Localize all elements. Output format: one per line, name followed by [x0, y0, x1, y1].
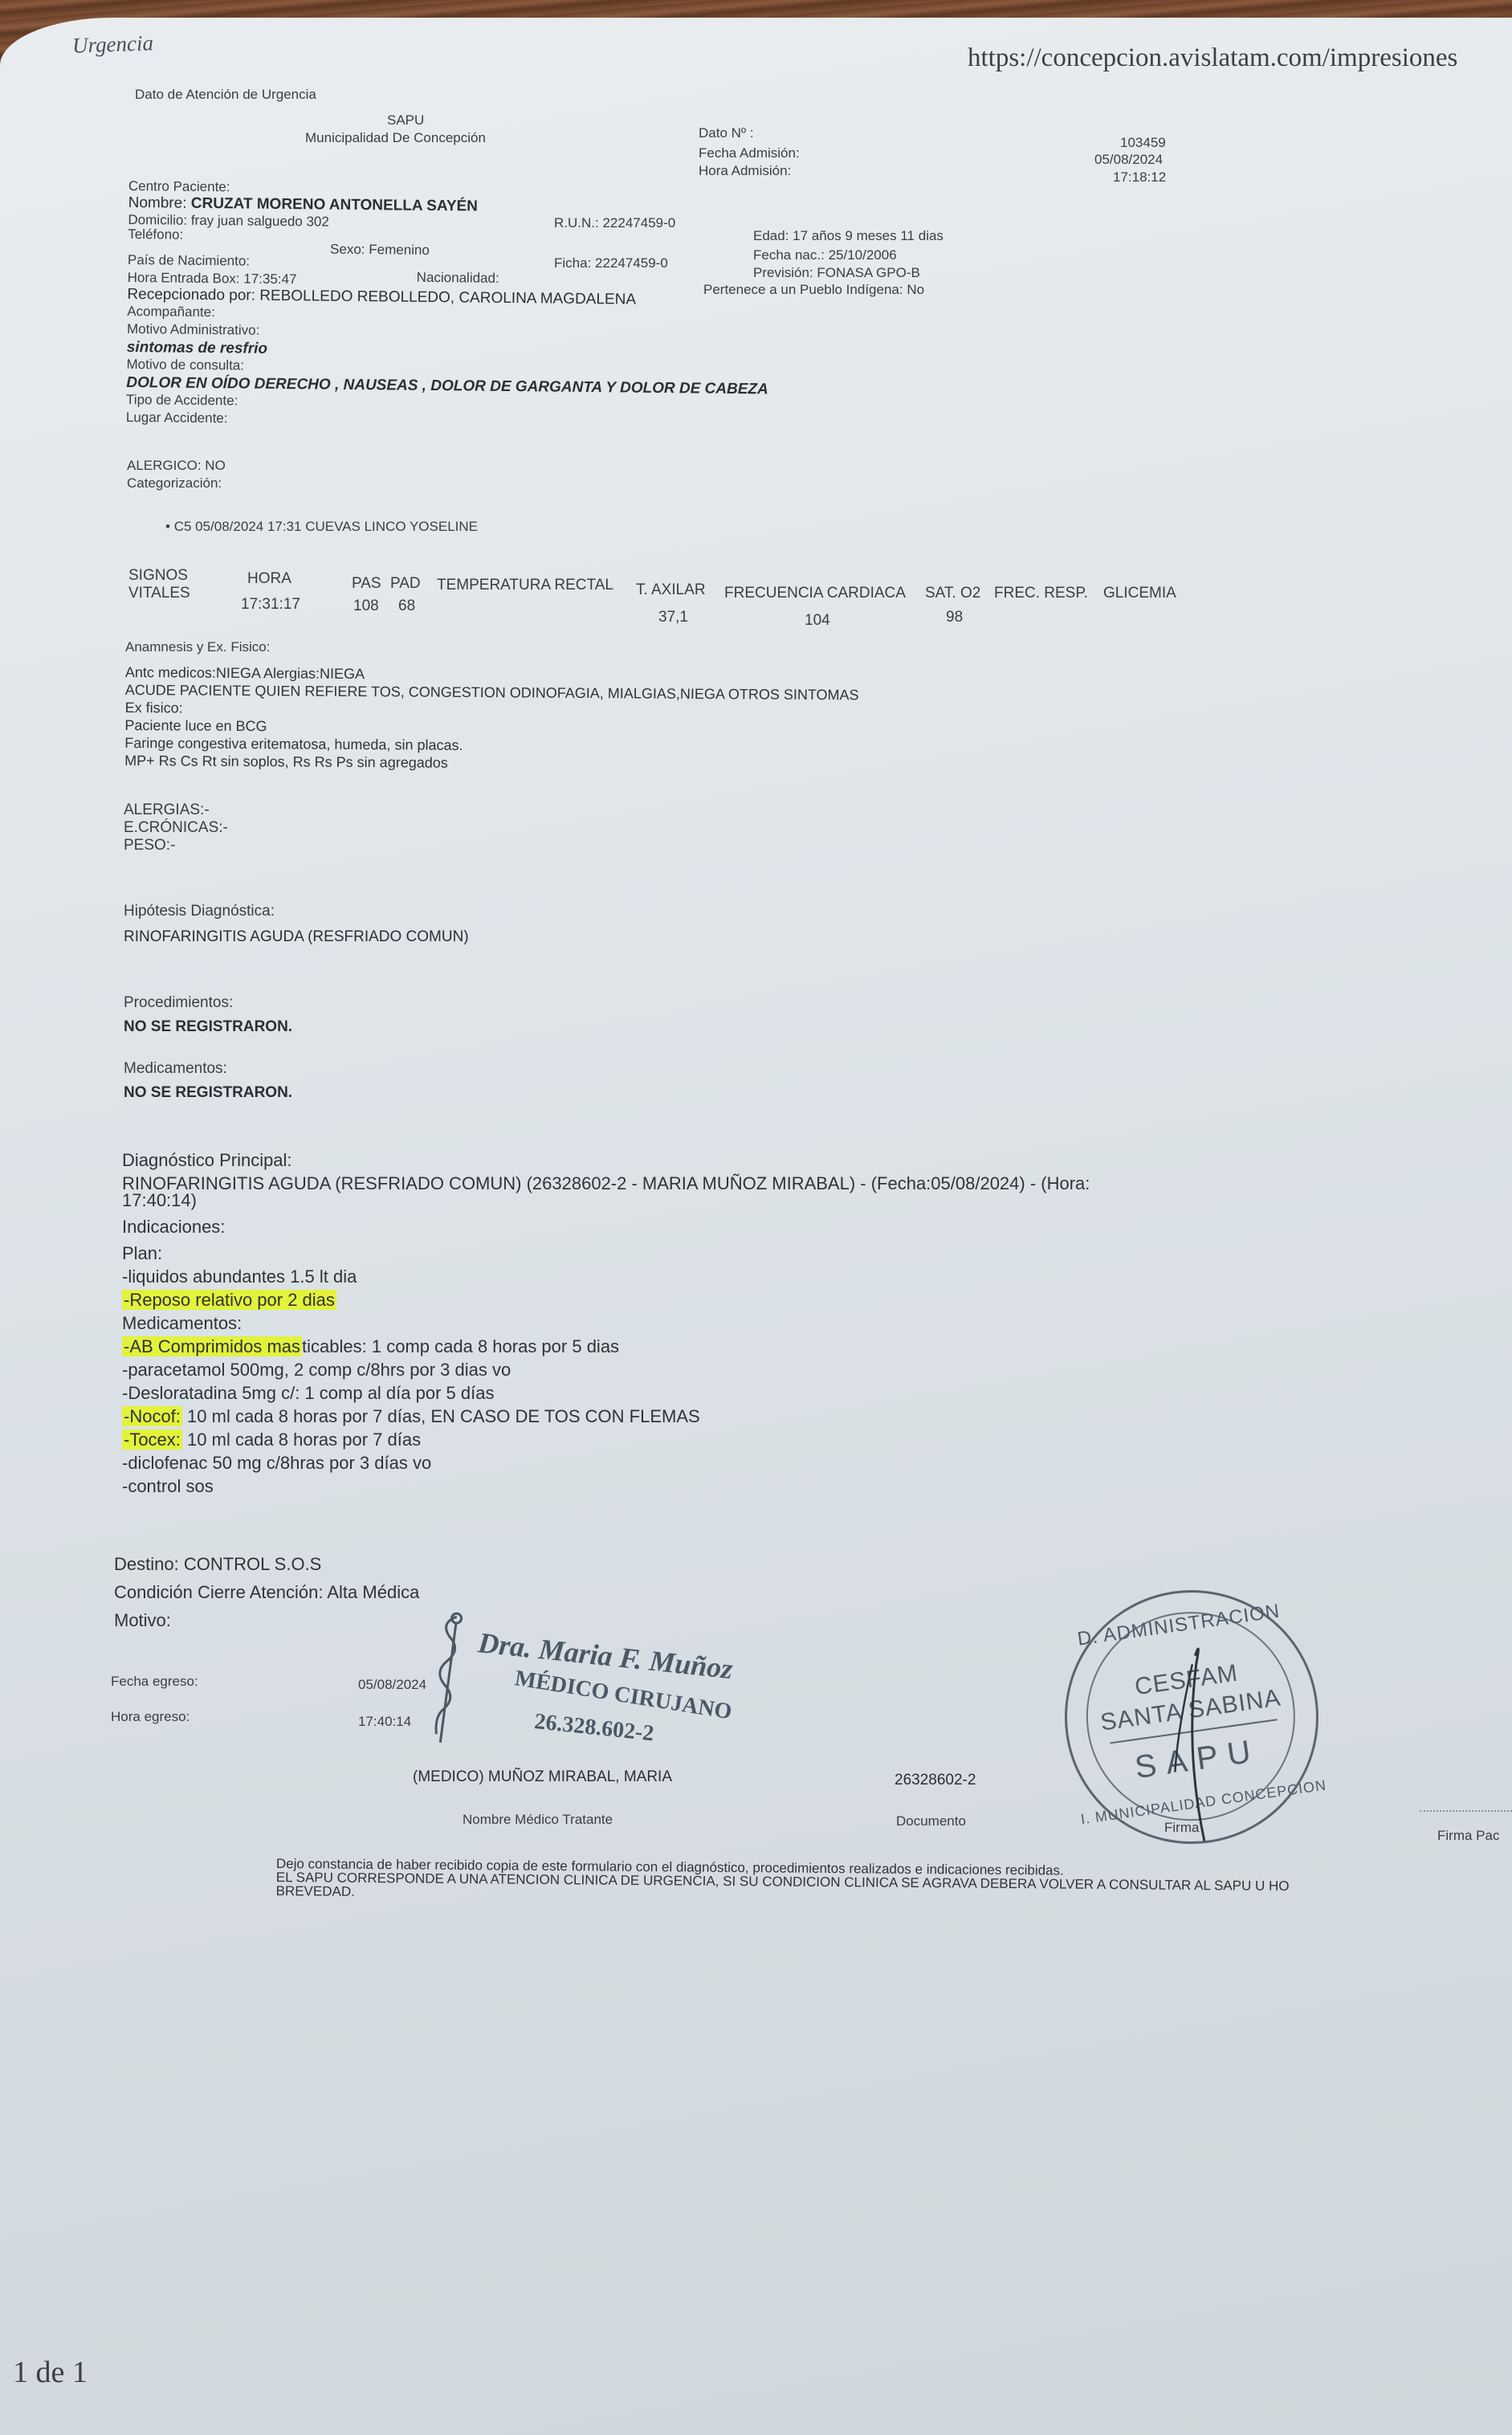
medication-list: -AB Comprimidos masticables: 1 comp cada… — [122, 1335, 1090, 1498]
medication-item: -Desloratadina 5mg c/: 1 comp al día por… — [122, 1381, 1090, 1405]
vitals-value-pas: 108 — [353, 598, 379, 615]
vitals-value-hora: 17:31:17 — [241, 596, 300, 614]
medicamentos-label: Medicamentos: — [124, 1060, 227, 1078]
vitals-header-temp-rectal: TEMPERATURA RECTAL — [437, 577, 613, 594]
plan-item: -liquidos abundantes 1.5 lt dia — [122, 1265, 1090, 1288]
medication-item: -control sos — [122, 1474, 1090, 1498]
medico-name: (MEDICO) MUÑOZ MIRABAL, MARIA — [413, 1768, 672, 1786]
plan-label: Plan: — [122, 1242, 1090, 1265]
nombre-label: Nombre: — [128, 194, 187, 212]
highlighted-text: -Tocex: — [122, 1430, 182, 1450]
destino: Destino: CONTROL S.O.S — [114, 1550, 419, 1578]
page-indicator: 1 de 1 — [13, 2355, 88, 2390]
procedimientos-value: NO SE REGISTRARON. — [124, 1018, 292, 1036]
hora-egreso-label: Hora egreso: — [111, 1709, 190, 1725]
cronicas: E.CRÓNICAS:- — [124, 819, 228, 837]
medicamentos-value: NO SE REGISTRARON. — [124, 1084, 292, 1102]
alergico: ALERGICO: NO — [127, 458, 226, 474]
domicilio-label: Domicilio: — [128, 212, 187, 228]
lugar-accidente-label: Lugar Accidente: — [126, 410, 228, 426]
firma-label: Firma — [1164, 1820, 1199, 1836]
hipotesis-value: RINOFARINGITIS AGUDA (RESFRIADO COMUN) — [124, 928, 469, 946]
centro-paciente-label: Centro Paciente: — [128, 178, 230, 195]
fecha-egreso-value: 05/08/2024 — [358, 1677, 426, 1693]
hora-box-value: 17:35:47 — [243, 271, 296, 288]
vitals-title-2: VITALES — [128, 585, 190, 602]
vitals-header-glicemia: GLICEMIA — [1103, 585, 1176, 602]
documento-label: Documento — [896, 1813, 966, 1829]
med-label: Medicamentos: — [122, 1311, 1090, 1335]
diagnostico-label: Diagnóstico Principal: — [122, 1148, 1090, 1172]
vitals-header-frec-resp: FREC. RESP. — [994, 585, 1088, 602]
prevision-label: Previsión: — [753, 265, 813, 280]
vitals-value-frec-cardiaca: 104 — [805, 612, 830, 630]
vitals-header-sat-o2: SAT. O2 — [925, 585, 980, 602]
vitals-value-pad: 68 — [398, 598, 415, 615]
background-block: ALERGIAS:- E.CRÓNICAS:- PESO:- — [124, 801, 228, 854]
recepcionado-label: Recepcionado por: — [127, 286, 255, 304]
fecha-egreso-label: Fecha egreso: — [111, 1674, 198, 1690]
nombre-value: CRUZAT MORENO ANTONELLA SAYÉN — [191, 195, 478, 215]
hora-admision-label: Hora Admisión: — [699, 163, 791, 179]
edad-value: 17 años 9 meses 11 dias — [793, 228, 943, 243]
peso: PESO:- — [124, 837, 228, 854]
anamnesis-label: Anamnesis y Ex. Fisico: — [125, 639, 270, 655]
prevision-value: FONASA GPO-B — [817, 265, 919, 280]
domicilio-value: fray juan salguedo 302 — [191, 213, 329, 230]
print-header-url: https://concepcion.avislatam.com/impresi… — [968, 43, 1457, 73]
bullet-icon: • — [165, 519, 170, 534]
run-value: 22247459-0 — [602, 215, 675, 230]
vitals-value-t-axilar: 37,1 — [658, 609, 688, 626]
org-line1: SAPU — [387, 112, 424, 128]
fecha-admision-label: Fecha Admisión: — [699, 145, 800, 161]
plan-item: -Reposo relativo por 2 dias — [122, 1288, 1090, 1311]
vitals-title-1: SIGNOS — [128, 567, 188, 585]
form-subtitle: Dato de Atención de Urgencia — [135, 87, 316, 103]
medico-label: Nombre Médico Tratante — [463, 1812, 613, 1828]
hora-box-label: Hora Entrada Box: — [128, 270, 240, 286]
hipotesis-label: Hipótesis Diagnóstica: — [124, 903, 275, 920]
tipo-accidente-label: Tipo de Accidente: — [126, 392, 238, 409]
dato-value: 103459 — [1120, 135, 1166, 151]
highlighted-text: -AB Comprimidos mas — [122, 1336, 302, 1356]
handwritten-signature-icon — [1051, 1576, 1332, 1858]
motivo-cierre: Motivo: — [114, 1606, 419, 1634]
motivo-admin-value: sintomas de resfrio — [127, 339, 268, 358]
pueblo-value: No — [907, 282, 924, 297]
ficha-value: 22247459-0 — [595, 255, 668, 271]
print-header-title: Urgencia — [71, 31, 153, 59]
highlighted-text: -Nocof: — [122, 1406, 182, 1426]
hora-egreso-value: 17:40:14 — [358, 1714, 411, 1730]
medication-item: -AB Comprimidos masticables: 1 comp cada… — [122, 1335, 1090, 1358]
motivo-consulta-label: Motivo de consulta: — [126, 357, 244, 374]
medication-item: -Tocex: 10 ml cada 8 horas por 7 días — [122, 1428, 1090, 1451]
vitals-header-t-axilar: T. AXILAR — [636, 581, 706, 599]
fecha-admision-value: 05/08/2024 — [1094, 152, 1163, 168]
firma-paciente-line — [1420, 1810, 1512, 1812]
diagnostico-block: Diagnóstico Principal: RINOFARINGITIS AG… — [122, 1148, 1090, 1498]
motivo-admin-label: Motivo Administrativo: — [127, 321, 260, 339]
edad-label: Edad: — [753, 228, 789, 243]
sexo-value: Femenino — [369, 242, 430, 258]
condicion-cierre: Condición Cierre Atención: Alta Médica — [114, 1578, 419, 1606]
indicaciones-label: Indicaciones: — [122, 1215, 1090, 1238]
fecha-nac-value: 25/10/2006 — [829, 247, 897, 263]
vitals-header-pad: PAD — [390, 575, 421, 593]
medication-item: -Nocof: 10 ml cada 8 horas por 7 días, E… — [122, 1405, 1090, 1428]
run-label: R.U.N.: — [554, 215, 599, 230]
sexo-label: Sexo: — [330, 242, 365, 257]
categorizacion-item: • C5 05/08/2024 17:31 CUEVAS LINCO YOSEL… — [165, 519, 478, 535]
hora-admision-value: 17:18:12 — [1113, 169, 1166, 186]
nacionalidad-label: Nacionalidad: — [417, 270, 499, 287]
vitals-header-pas: PAS — [352, 575, 381, 593]
anamnesis-text: Antc medicos:NIEGA Alergias:NIEGA ACUDE … — [124, 663, 859, 774]
vitals-header-frec-cardiaca: FRECUENCIA CARDIACA — [724, 585, 906, 602]
documento-value: 26328602-2 — [895, 1772, 976, 1789]
dato-label: Dato Nº : — [699, 125, 754, 141]
medication-item: -paracetamol 500mg, 2 comp c/8hrs por 3 … — [122, 1358, 1090, 1381]
diagnostico-line1: RINOFARINGITIS AGUDA (RESFRIADO COMUN) (… — [122, 1172, 1090, 1195]
categorizacion-label: Categorización: — [127, 475, 222, 491]
telefono-label: Teléfono: — [128, 226, 183, 243]
pais-label: País de Nacimiento: — [128, 252, 250, 270]
alergias: ALERGIAS:- — [124, 801, 228, 819]
official-stamp: D. ADMINISTRACION CESFAM SANTA SABINA SA… — [1049, 1574, 1335, 1861]
vitals-header-hora: HORA — [247, 570, 291, 588]
pueblo-label: Pertenece a un Pueblo Indígena: — [703, 282, 903, 297]
ficha-label: Ficha: — [554, 255, 591, 271]
firma-paciente-label: Firma Pac — [1437, 1828, 1499, 1844]
recepcionado-value: REBOLLEDO REBOLLEDO, CAROLINA MAGDALENA — [259, 288, 636, 308]
vitals-value-sat-o2: 98 — [946, 609, 963, 626]
org-line2: Municipalidad De Concepción — [305, 130, 486, 146]
procedimientos-label: Procedimientos: — [124, 994, 233, 1012]
closure-block: Destino: CONTROL S.O.S Condición Cierre … — [114, 1550, 419, 1634]
medication-item: -diclofenac 50 mg c/8hras por 3 días vo — [122, 1451, 1090, 1474]
fecha-nac-label: Fecha nac.: — [753, 247, 825, 263]
acompanante-label: Acompañante: — [127, 304, 215, 320]
